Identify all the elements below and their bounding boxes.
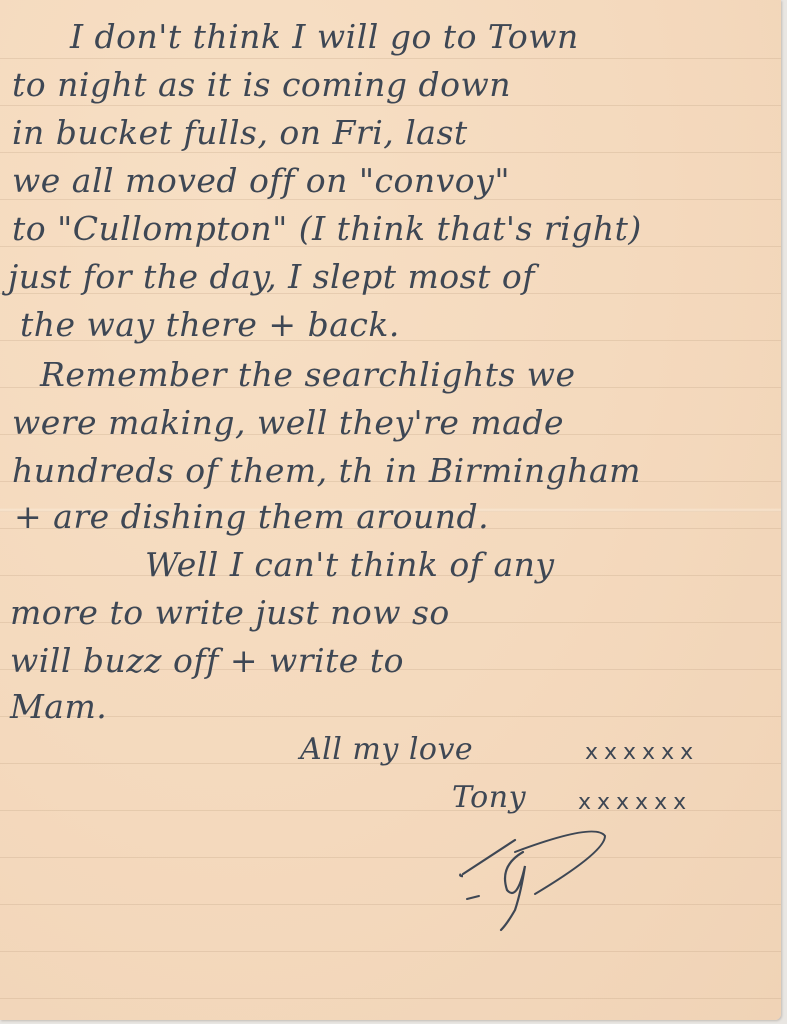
letter-line-12: Well I can't think of any [145,548,555,581]
letter-line-5: to "Cullompton" (I think that's right) [12,212,642,245]
letter-page: I don't think I will go to Town to night… [0,0,781,1020]
letter-line-14: will buzz off + write to [10,644,404,677]
letter-line-3: in bucket fulls, on Fri, last [12,116,468,149]
letter-line-15: Mam. [10,690,107,723]
letter-line-4: we all moved off on "convoy" [12,164,510,197]
letter-line-9: were making, well they're made [12,406,564,439]
letter-line-7: the way there + back. [20,308,400,341]
letter-line-6: just for the day, I slept most of [8,260,535,293]
closing-name: Tony [452,783,526,813]
signature-flourish-icon [455,822,625,932]
letter-line-8: Remember the searchlights we [40,358,576,391]
closing-kisses-1: xxxxxx [585,742,699,764]
closing-love: All my love [300,735,473,765]
letter-line-11: + are dishing them around. [14,500,489,533]
closing-kisses-2: xxxxxx [578,792,692,814]
letter-line-13: more to write just now so [10,596,450,629]
letter-line-10: hundreds of them, th in Birmingham [12,454,641,487]
letter-line-1: I don't think I will go to Town [70,20,579,53]
letter-line-2: to night as it is coming down [12,68,511,101]
